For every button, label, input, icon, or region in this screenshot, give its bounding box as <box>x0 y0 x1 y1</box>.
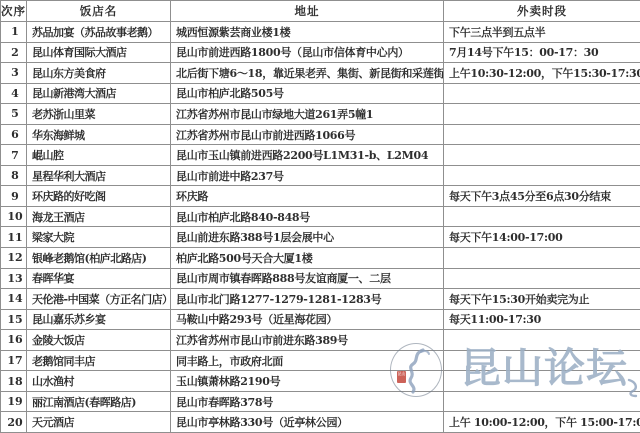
table-row: 5 老苏浙山里菜 江苏省苏州市昆山市绿地大道261弄5幢1 <box>1 104 640 125</box>
cell-address: 马鞍山中路293号（近星海花园） <box>171 309 444 330</box>
cell-takeout-time <box>444 124 640 145</box>
header-cell-address: 地址 <box>171 1 444 22</box>
cell-order: 9 <box>1 186 27 207</box>
restaurant-takeout-table: 次序 饭店名 地址 外卖时段 1 苏品加宴（苏品故事老鹅） 城西恒源紫芸商业楼1… <box>0 0 640 433</box>
cell-restaurant-name: 海龙王酒店 <box>27 206 171 227</box>
cell-order: 20 <box>1 412 27 433</box>
cell-restaurant-name: 苏品加宴（苏品故事老鹅） <box>27 22 171 43</box>
cell-order: 5 <box>1 104 27 125</box>
table-row: 7 崐山腔 昆山市玉山镇前进西路2200号L1M31-b、L2M04 <box>1 145 640 166</box>
header-cell-order: 次序 <box>1 1 27 22</box>
table-row: 10 海龙王酒店 昆山市柏庐北路840-848号 <box>1 206 640 227</box>
cell-takeout-time <box>444 104 640 125</box>
cell-takeout-time: 7月14号下午15：00-17：30 <box>444 42 640 63</box>
cell-takeout-time <box>444 145 640 166</box>
cell-restaurant-name: 金陵大饭店 <box>27 330 171 351</box>
cell-order: 16 <box>1 330 27 351</box>
table-row: 20 天元酒店 昆山市亭林路330号（近亭林公园） 上午 10:00-12:00… <box>1 412 640 433</box>
cell-takeout-time <box>444 206 640 227</box>
cell-restaurant-name: 星程华利大酒店 <box>27 165 171 186</box>
cell-takeout-time: 每天下午3点45分至6点30分结束 <box>444 186 640 207</box>
cell-restaurant-name: 昆山东方美食府 <box>27 63 171 84</box>
cell-order: 17 <box>1 350 27 371</box>
cell-address: 昆山市前进西路1800号（昆山市信体育中心内） <box>171 42 444 63</box>
cell-order: 6 <box>1 124 27 145</box>
cell-address: 昆山市亭林路330号（近亭林公园） <box>171 412 444 433</box>
cell-takeout-time: 上午 10:00-12:00，下午 15:00-17:00 <box>444 412 640 433</box>
cell-address: 昆山市北门路1277-1279-1281-1283号 <box>171 289 444 310</box>
cell-restaurant-name: 环庆路的好吃阁 <box>27 186 171 207</box>
cell-takeout-time <box>444 330 640 351</box>
cell-restaurant-name: 梁家大院 <box>27 227 171 248</box>
cell-address: 江苏省苏州市昆山市前进东路389号 <box>171 330 444 351</box>
cell-takeout-time <box>444 268 640 289</box>
table-row: 12 银峰老鹅馆(柏庐北路店) 柏庐北路500号天合大厦1楼 <box>1 248 640 269</box>
cell-order: 14 <box>1 289 27 310</box>
cell-address: 柏庐北路500号天合大厦1楼 <box>171 248 444 269</box>
table-row: 15 昆山嘉乐苏乡宴 马鞍山中路293号（近星海花园） 每天11:00-17:3… <box>1 309 640 330</box>
cell-restaurant-name: 银峰老鹅馆(柏庐北路店) <box>27 248 171 269</box>
cell-takeout-time: 每天下午14:00-17:00 <box>444 227 640 248</box>
cell-address: 同丰路上，市政府北面 <box>171 350 444 371</box>
cell-address: 昆山市春晖路378号 <box>171 391 444 412</box>
table-row: 4 昆山新港湾大酒店 昆山市柏庐北路505号 <box>1 83 640 104</box>
table-row: 3 昆山东方美食府 北后街下塘6～18，靠近果老弄、集街、新昆街和采莲街 上午1… <box>1 63 640 84</box>
cell-takeout-time <box>444 371 640 392</box>
cell-restaurant-name: 天伦港-中国菜（方正名门店） <box>27 289 171 310</box>
cell-order: 7 <box>1 145 27 166</box>
cell-address: 北后街下塘6～18，靠近果老弄、集街、新昆街和采莲街 <box>171 63 444 84</box>
cell-restaurant-name: 春晖华宴 <box>27 268 171 289</box>
cell-restaurant-name: 山水渔村 <box>27 371 171 392</box>
cell-order: 15 <box>1 309 27 330</box>
cell-restaurant-name: 天元酒店 <box>27 412 171 433</box>
cell-restaurant-name: 老鹅馆同丰店 <box>27 350 171 371</box>
cell-restaurant-name: 华东海鲜城 <box>27 124 171 145</box>
cell-takeout-time: 每天下午15:30开始卖完为止 <box>444 289 640 310</box>
cell-order: 8 <box>1 165 27 186</box>
table-row: 13 春晖华宴 昆山市周市镇春晖路888号友谊商厦一、二层 <box>1 268 640 289</box>
cell-restaurant-name: 昆山新港湾大酒店 <box>27 83 171 104</box>
cell-address: 环庆路 <box>171 186 444 207</box>
cell-order: 4 <box>1 83 27 104</box>
cell-address: 昆山市柏庐北路505号 <box>171 83 444 104</box>
cell-takeout-time <box>444 165 640 186</box>
cell-takeout-time <box>444 350 640 371</box>
cell-order: 12 <box>1 248 27 269</box>
table-row: 2 昆山体育国际大酒店 昆山市前进西路1800号（昆山市信体育中心内） 7月14… <box>1 42 640 63</box>
cell-address: 江苏省苏州市昆山市绿地大道261弄5幢1 <box>171 104 444 125</box>
cell-takeout-time: 每天11:00-17:30 <box>444 309 640 330</box>
table-row: 8 星程华利大酒店 昆山市前进中路237号 <box>1 165 640 186</box>
cell-restaurant-name: 昆山体育国际大酒店 <box>27 42 171 63</box>
table-row: 6 华东海鲜城 江苏省苏州市昆山市前进西路1066号 <box>1 124 640 145</box>
cell-address: 昆山市柏庐北路840-848号 <box>171 206 444 227</box>
table-row: 9 环庆路的好吃阁 环庆路 每天下午3点45分至6点30分结束 <box>1 186 640 207</box>
table-row: 19 丽江南酒店(春晖路店) 昆山市春晖路378号 <box>1 391 640 412</box>
cell-order: 1 <box>1 22 27 43</box>
cell-order: 10 <box>1 206 27 227</box>
cell-takeout-time: 上午10:30-12:00，下午15:30-17:30 <box>444 63 640 84</box>
cell-address: 城西恒源紫芸商业楼1楼 <box>171 22 444 43</box>
cell-address: 昆山市周市镇春晖路888号友谊商厦一、二层 <box>171 268 444 289</box>
cell-order: 13 <box>1 268 27 289</box>
cell-address: 江苏省苏州市昆山市前进西路1066号 <box>171 124 444 145</box>
cell-restaurant-name: 丽江南酒店(春晖路店) <box>27 391 171 412</box>
cell-order: 18 <box>1 371 27 392</box>
cell-address: 昆山市玉山镇前进西路2200号L1M31-b、L2M04 <box>171 145 444 166</box>
cell-takeout-time <box>444 391 640 412</box>
cell-order: 2 <box>1 42 27 63</box>
cell-address: 昆山前进东路388号1层会展中心 <box>171 227 444 248</box>
table-row: 11 梁家大院 昆山前进东路388号1层会展中心 每天下午14:00-17:00 <box>1 227 640 248</box>
screenshot-root: 次序 饭店名 地址 外卖时段 1 苏品加宴（苏品故事老鹅） 城西恒源紫芸商业楼1… <box>0 0 640 433</box>
header-cell-restaurant-name: 饭店名 <box>27 1 171 22</box>
table-row: 1 苏品加宴（苏品故事老鹅） 城西恒源紫芸商业楼1楼 下午三点半到五点半 <box>1 22 640 43</box>
cell-order: 19 <box>1 391 27 412</box>
cell-restaurant-name: 老苏浙山里菜 <box>27 104 171 125</box>
table-row: 17 老鹅馆同丰店 同丰路上，市政府北面 <box>1 350 640 371</box>
table-row: 18 山水渔村 玉山镇萧林路2190号 <box>1 371 640 392</box>
table-row: 14 天伦港-中国菜（方正名门店） 昆山市北门路1277-1279-1281-1… <box>1 289 640 310</box>
cell-order: 11 <box>1 227 27 248</box>
cell-takeout-time: 下午三点半到五点半 <box>444 22 640 43</box>
table-row: 16 金陵大饭店 江苏省苏州市昆山市前进东路389号 <box>1 330 640 351</box>
cell-restaurant-name: 崐山腔 <box>27 145 171 166</box>
cell-address: 昆山市前进中路237号 <box>171 165 444 186</box>
cell-takeout-time <box>444 83 640 104</box>
header-cell-takeout-time: 外卖时段 <box>444 1 640 22</box>
table-header-row: 次序 饭店名 地址 外卖时段 <box>1 1 640 22</box>
cell-order: 3 <box>1 63 27 84</box>
cell-takeout-time <box>444 248 640 269</box>
cell-address: 玉山镇萧林路2190号 <box>171 371 444 392</box>
cell-restaurant-name: 昆山嘉乐苏乡宴 <box>27 309 171 330</box>
